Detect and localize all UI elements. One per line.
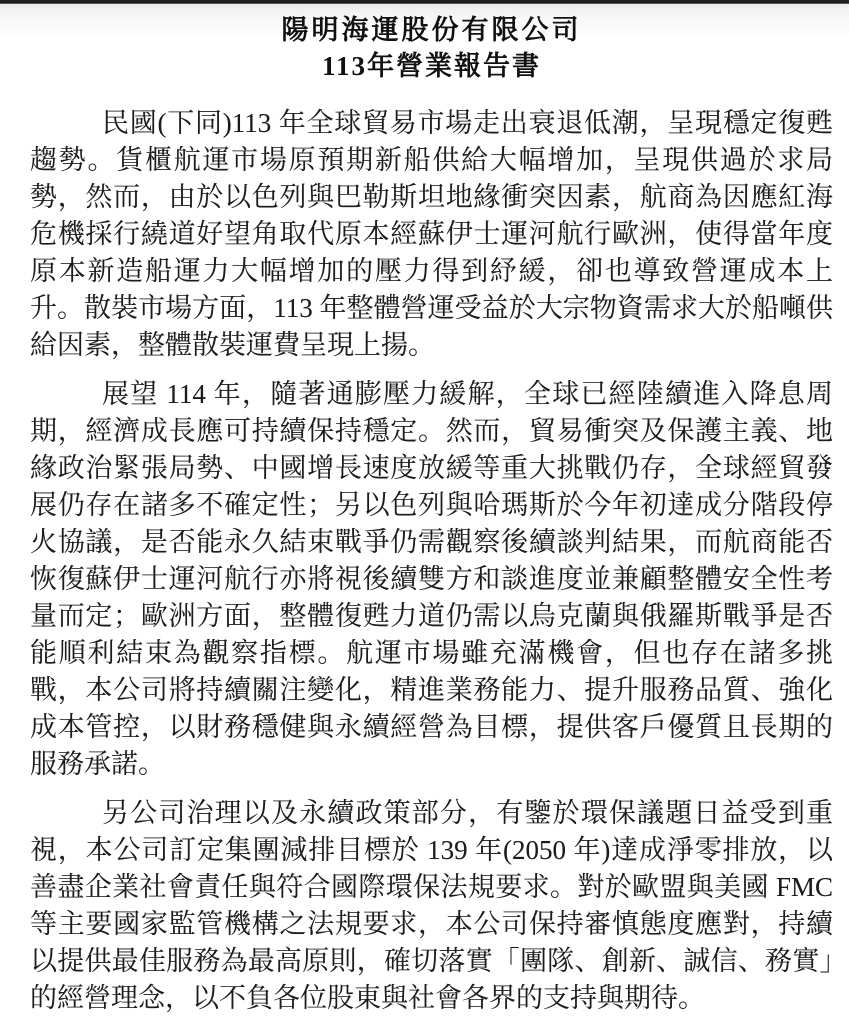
document-title: 陽明海運股份有限公司	[30, 12, 833, 48]
report-document: 陽明海運股份有限公司 113年營業報告書 民國(下同)113 年全球貿易市場走出…	[0, 12, 849, 1017]
paragraph-outlook: 展望 114 年，隨著通膨壓力緩解，全球已經陸續進入降息周期，經濟成長應可持續保…	[30, 376, 833, 783]
document-page: 陽明海運股份有限公司 113年營業報告書 民國(下同)113 年全球貿易市場走出…	[0, 0, 849, 1031]
document-body: 民國(下同)113 年全球貿易市場走出衰退低潮，呈現穩定復甦趨勢。貨櫃航運市場原…	[30, 105, 833, 1017]
document-subtitle: 113年營業報告書	[30, 48, 833, 84]
paragraph-market-review: 民國(下同)113 年全球貿易市場走出衰退低潮，呈現穩定復甦趨勢。貨櫃航運市場原…	[30, 105, 833, 364]
paragraph-governance-sustainability: 另公司治理以及永續政策部分，有鑒於環保議題日益受到重視，本公司訂定集團減排目標於…	[30, 795, 833, 1017]
